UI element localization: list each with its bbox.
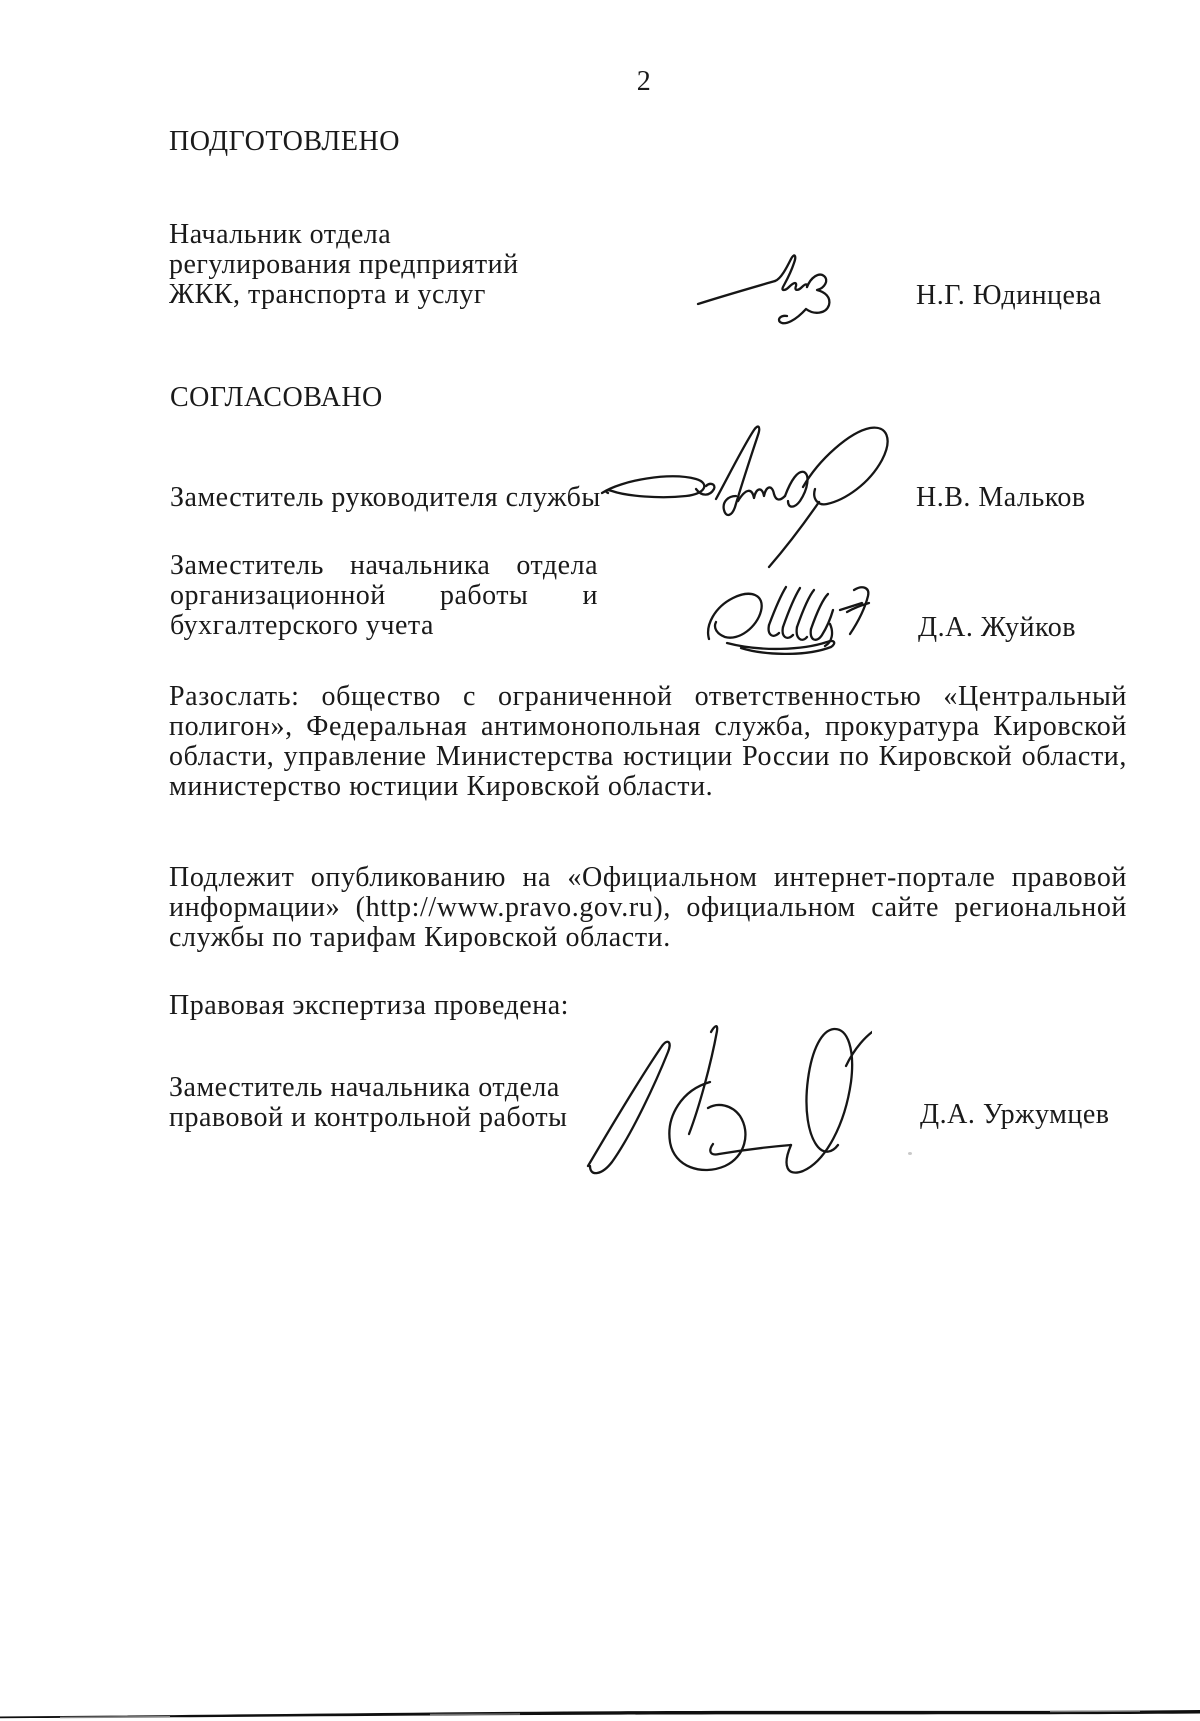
prepared-signer-name: Н.Г. Юдинцева bbox=[916, 281, 1102, 311]
title-line: ЖКК, транспорта и услуг bbox=[169, 280, 519, 310]
distribution-paragraph: Разослать: общество с ограниченной ответ… bbox=[169, 682, 1127, 802]
scan-edge-artifact bbox=[0, 1701, 1200, 1719]
prepared-signer-title: Начальник отдела регулирования предприят… bbox=[169, 220, 519, 310]
legal-review-signer-name: Д.А. Уржумцев bbox=[920, 1100, 1110, 1130]
publication-paragraph: Подлежит опубликованию на «Официальном и… bbox=[169, 863, 1127, 953]
agreed-first-signer-name: Н.В. Мальков bbox=[916, 483, 1086, 513]
malkov-signature-icon bbox=[598, 423, 910, 575]
page-number: 2 bbox=[0, 67, 1200, 97]
title-line: организационной работы и bbox=[170, 581, 598, 611]
agreed-second-signer-title: Заместитель начальника отдела организаци… bbox=[170, 551, 598, 641]
scan-speck-artifact bbox=[908, 1152, 912, 1155]
agreed-first-signer-title: Заместитель руководителя службы bbox=[170, 483, 601, 513]
title-line: регулирования предприятий bbox=[169, 250, 519, 280]
zhuikov-signature-icon bbox=[703, 581, 883, 655]
title-line: Заместитель начальника отдела bbox=[169, 1073, 567, 1103]
title-line: Заместитель начальника отдела bbox=[170, 551, 598, 581]
urzhumtsev-signature-icon bbox=[582, 1020, 872, 1180]
title-line: правовой и контрольной работы bbox=[169, 1103, 567, 1133]
agreed-heading: СОГЛАСОВАНО bbox=[170, 383, 383, 413]
scanned-document-page: 2 ПОДГОТОВЛЕНО Начальник отдела регулиро… bbox=[0, 0, 1200, 1721]
yudintseva-signature-icon bbox=[693, 250, 843, 332]
prepared-heading: ПОДГОТОВЛЕНО bbox=[169, 127, 400, 157]
legal-review-heading: Правовая экспертиза проведена: bbox=[169, 991, 569, 1021]
agreed-second-signer-name: Д.А. Жуйков bbox=[918, 613, 1076, 643]
title-line: бухгалтерского учета bbox=[170, 611, 598, 641]
title-line: Начальник отдела bbox=[169, 220, 519, 250]
legal-review-signer-title: Заместитель начальника отдела правовой и… bbox=[169, 1073, 567, 1133]
